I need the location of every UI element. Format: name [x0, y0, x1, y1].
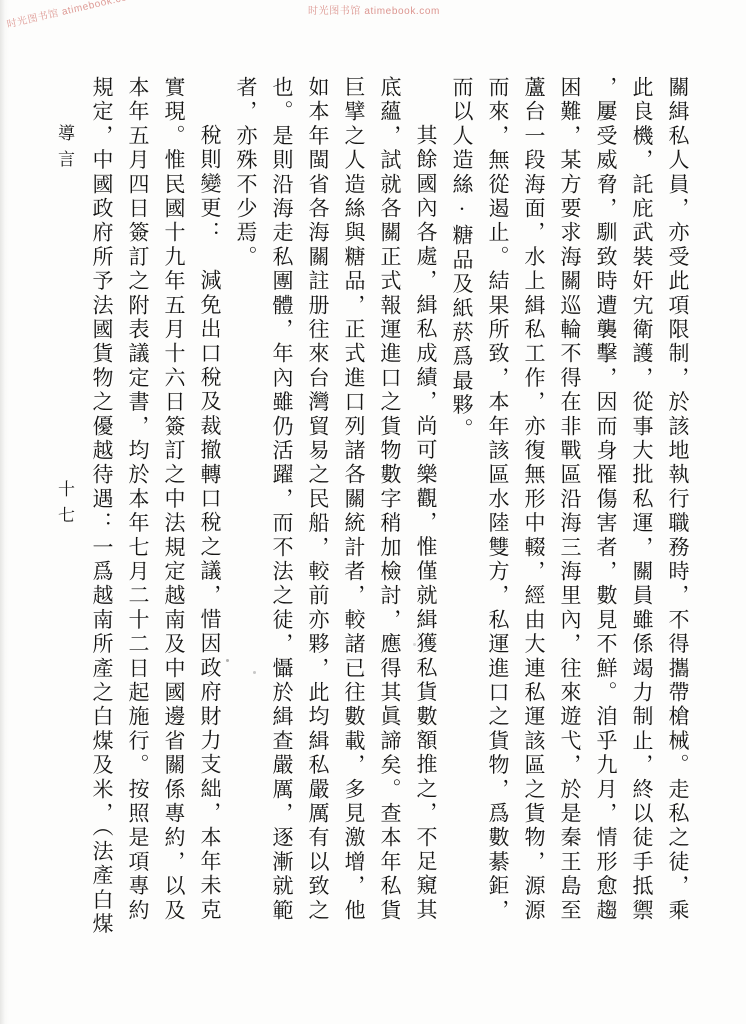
text-column: 其餘國內各處，緝私成績，尚可樂觀，惟僅就緝獲私貨數額推之，不足窺其 — [408, 76, 444, 1008]
text-column: 關緝私人員，亦受此項限制，於該地執行職務時，不得攜帶槍械。走私之徒，乘 — [660, 76, 696, 960]
text-column: 底蘊，試就各關正式報運進口之貨物數字稍加檢討，應得其眞諦矣。查本年私貨 — [372, 76, 408, 960]
text-column: 蘆台一段海面，水上緝私工作，亦復無形中輟，經由大連私運該區之貨物，源源 — [516, 76, 552, 960]
text-column: 困難，某方要求海關巡輪不得在非戰區沿海三海里內，往來遊弋，於是秦王島至 — [552, 76, 588, 960]
text-column: 本年五月四日簽訂之附表議定書，均於本年七月二十二日起施行。按照是項專約 — [120, 76, 156, 960]
page-number: 十七 — [52, 480, 77, 532]
text-column: 而來，無從遏止。結果所致，本年該區水陸雙方，私運進口之貨物，爲數綦鉅， — [480, 76, 516, 960]
text-column: 也。是則沿海走私團體，年內雖仍活躍，而不法之徒，懾於緝查嚴厲，逐漸就範 — [264, 76, 300, 960]
text-column: 此良機，託庇武裝奸宄衛護，從事大批私運，關員雖係竭力制止，終以徒手抵禦 — [624, 76, 660, 960]
text-column: 實現。惟民國十九年五月十六日簽訂之中法規定越南及中國邊省關係專約，以及 — [156, 76, 192, 960]
text-column: 巨擘之人造絲與糖品，正式進口列諸各關統計者，較諸已往數載，多見激增，他 — [336, 76, 372, 960]
watermark-top: 时光图书馆 atimebook.com — [308, 2, 440, 17]
section-label: 導言 — [52, 124, 77, 176]
book-page: 时光图书馆 atimebook.com 时光图书馆 atimebook.com … — [0, 0, 746, 1024]
scan-speck — [226, 659, 229, 662]
text-column: 規定，中國政府所予法國貨物之優越待遇：一爲越南所產之白煤及米，（法產白煤 — [84, 76, 120, 960]
scan-speck — [253, 671, 256, 674]
text-column: 稅則變更： 減免出口稅及裁撤轉口稅之議，惜因政府財力支絀，本年未克 — [192, 76, 228, 1008]
scan-speck — [413, 643, 416, 646]
text-column: 如本年閩省各海關註册往來台灣貿易之民船，較前亦夥，此均緝私嚴厲有以致之 — [300, 76, 336, 960]
text-column: ，屢受威脅，馴致時遭襲擊，因而身罹傷害者，數見不鮮。洎乎九月，情形愈趨 — [588, 76, 624, 960]
text-column: 而以人造絲·糖品及紙菸爲最夥。 — [444, 76, 480, 960]
text-column: 者，亦殊不少焉。 — [228, 76, 264, 960]
watermark-corner: 时光图书馆 atimebook.com — [5, 0, 137, 31]
scan-edge-shading — [0, 0, 9, 1024]
vertical-text-block: 關緝私人員，亦受此項限制，於該地執行職務時，不得攜帶槍械。走私之徒，乘 此良機，… — [84, 76, 696, 960]
